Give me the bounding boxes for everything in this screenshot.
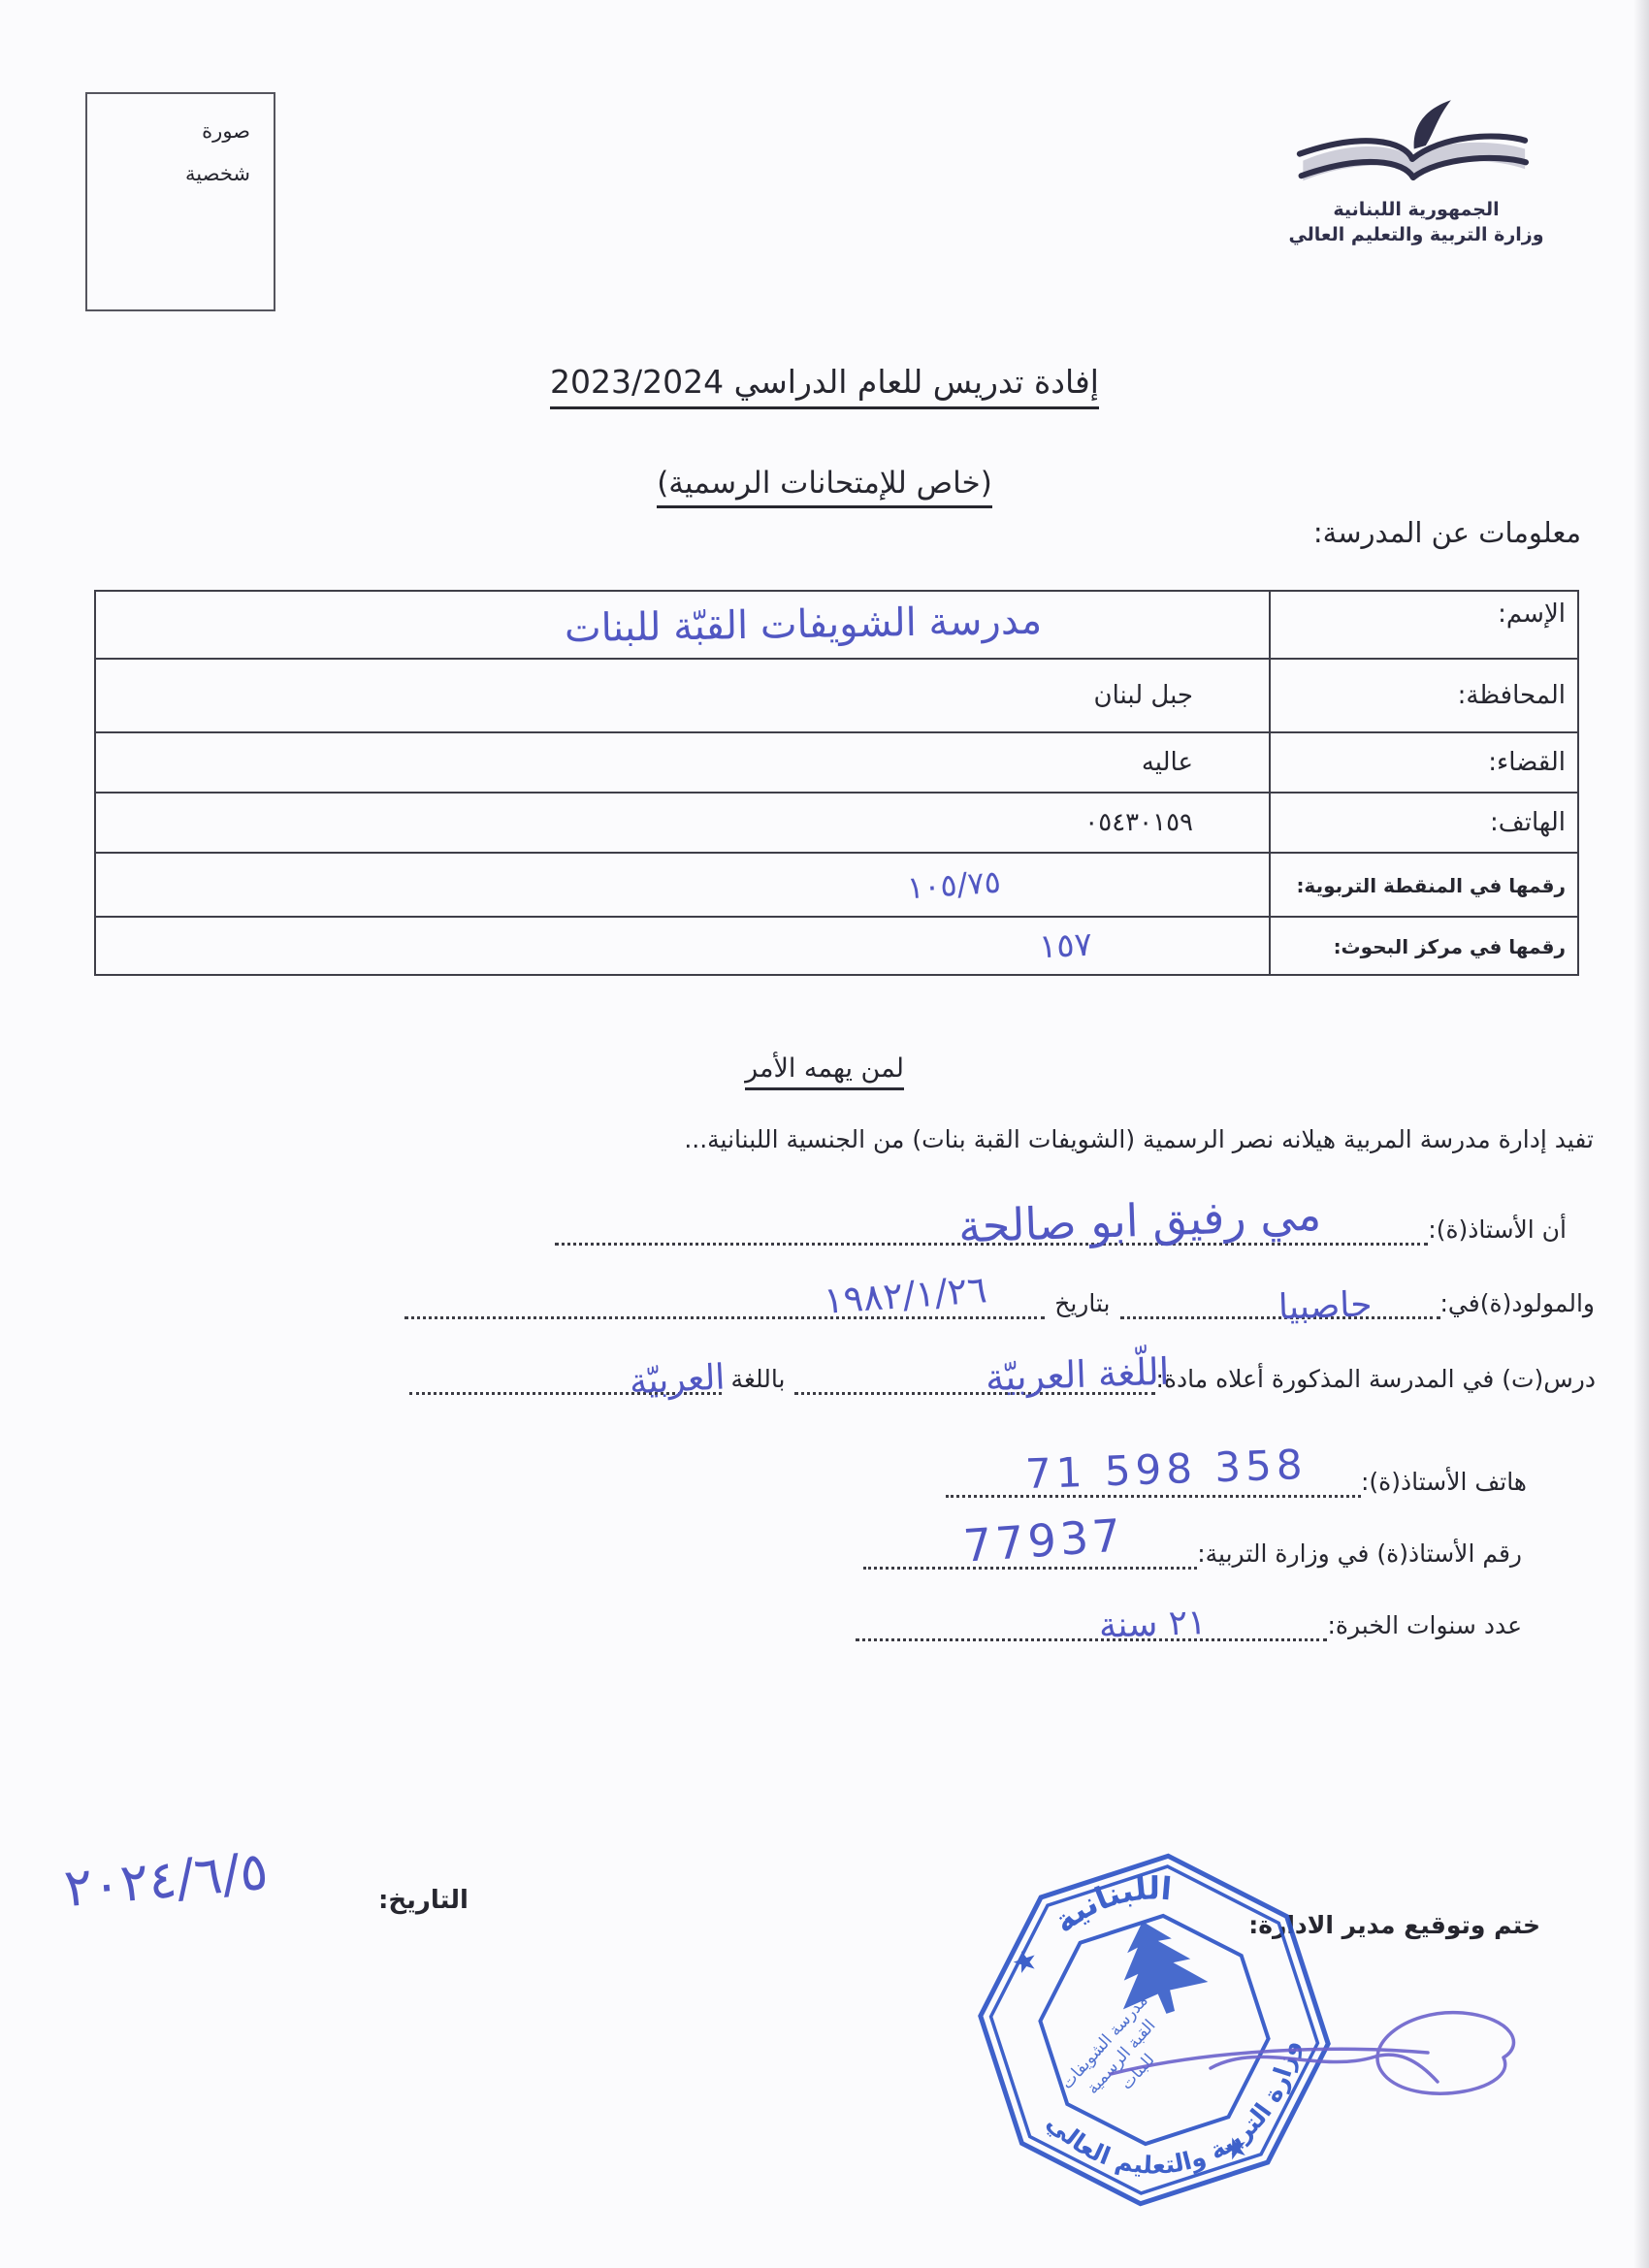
phone-label: الهاتف: xyxy=(1270,793,1578,853)
dotted-fill-line: اللّغة العربيّة xyxy=(794,1361,1155,1395)
ministry-id-label: رقم الأستاذ(ة) في وزارة التربية: xyxy=(1197,1539,1522,1570)
dotted-fill-line: ٢١ سنة xyxy=(856,1607,1327,1641)
district-value: عاليه xyxy=(95,732,1270,793)
date-handwriting: ٢٠٢٤/٦/٥ xyxy=(62,1840,271,1919)
phone-number: ٠٥٤٣٠١٥٩ xyxy=(1084,808,1193,837)
educational-zone-number-value: ١٠٥/٧٥ xyxy=(95,853,1270,917)
personal-photo-box: صورة شخصية xyxy=(85,92,275,311)
phone-value: ٠٥٤٣٠١٥٩ xyxy=(95,793,1270,853)
experience-label: عدد سنوات الخبرة: xyxy=(1327,1611,1522,1641)
research-center-number-label: رقمها في مركز البحوث: xyxy=(1334,935,1566,958)
language-handwriting: العربيّة xyxy=(629,1357,726,1402)
teacher-phone-line: هاتف الأستاذ(ة): 71 598 358 xyxy=(946,1455,1527,1498)
teacher-name-handwriting: مي رفيق ابو صالحة xyxy=(957,1187,1322,1252)
birth-place-handwriting: حاصبيا xyxy=(1277,1284,1373,1327)
research-number-handwriting: ١٥٧ xyxy=(1038,925,1093,967)
research-center-number-value: ١٥٧ xyxy=(95,917,1270,975)
birth-line: والمولود(ة)في: حاصبيا بتاريخ ١٩٨٢/١/٢٦ xyxy=(404,1277,1595,1319)
dotted-fill-line: 71 598 358 xyxy=(946,1464,1361,1498)
district-label: القضاء: xyxy=(1270,732,1578,793)
in-language-label: باللغة xyxy=(731,1365,786,1395)
scan-edge-shadow xyxy=(1633,0,1649,2268)
table-row: الإسم: مدرسة الشويفات القبّة للبنات xyxy=(95,591,1578,659)
governorate-value: جبل لبنان xyxy=(95,659,1270,732)
school-info-heading: معلومات عن المدرسة: xyxy=(1313,516,1581,549)
director-signature xyxy=(1096,1965,1533,2121)
teacher-phone-handwriting: 71 598 358 xyxy=(1025,1441,1309,1498)
teacher-phone-label: هاتف الأستاذ(ة): xyxy=(1361,1468,1527,1498)
document-subtitle: (خاص للإمتحانات الرسمية) xyxy=(657,466,992,508)
scanned-teaching-certificate: صورة شخصية الجمهورية اللبنانية وزارة الت… xyxy=(0,0,1649,2268)
photo-box-line2: شخصية xyxy=(87,152,250,195)
dotted-fill-line: ١٩٨٢/١/٢٦ xyxy=(404,1285,1045,1319)
subject-line: درس(ت) في المدرسة المذكورة أعلاه مادة: ا… xyxy=(409,1352,1596,1395)
dotted-fill-line: حاصبيا xyxy=(1120,1285,1440,1319)
born-in-label: والمولود(ة)في: xyxy=(1440,1289,1596,1319)
school-name-label: الإسم: xyxy=(1270,591,1578,659)
dotted-fill-line: 77937 xyxy=(863,1536,1197,1570)
ministry-id-line: رقم الأستاذ(ة) في وزارة التربية: 77937 xyxy=(863,1527,1522,1570)
dotted-fill-line: مي رفيق ابو صالحة xyxy=(555,1212,1428,1246)
photo-box-line1: صورة xyxy=(87,110,250,152)
school-name-value: مدرسة الشويفات القبّة للبنات xyxy=(95,591,1270,659)
on-date-label: بتاريخ xyxy=(1054,1289,1110,1319)
ministry-id-handwriting: 77937 xyxy=(961,1508,1126,1571)
table-row: الهاتف: ٠٥٤٣٠١٥٩ xyxy=(95,793,1578,853)
experience-line: عدد سنوات الخبرة: ٢١ سنة xyxy=(856,1599,1522,1641)
ministry-open-book-logo-icon xyxy=(1282,95,1542,196)
zone-number-handwriting: ١٠٥/٧٥ xyxy=(906,863,1002,907)
table-row: رقمها في المنقطة التربوية: ١٠٥/٧٥ xyxy=(95,853,1578,917)
table-row: رقمها في مركز البحوث: ١٥٧ xyxy=(95,917,1578,975)
birth-date-handwriting: ١٩٨٢/١/٢٦ xyxy=(822,1268,987,1322)
school-name-handwriting: مدرسة الشويفات القبّة للبنات xyxy=(565,599,1043,652)
governorate-label: المحافظة: xyxy=(1270,659,1578,732)
taught-subject-label: درس(ت) في المدرسة المذكورة أعلاه مادة: xyxy=(1155,1365,1596,1395)
experience-handwriting: ٢١ سنة xyxy=(1098,1603,1207,1646)
school-info-table: الإسم: مدرسة الشويفات القبّة للبنات المح… xyxy=(94,590,1579,976)
teacher-name-line: أن الأستاذ(ة): مي رفيق ابو صالحة xyxy=(555,1203,1567,1246)
table-row: القضاء: عاليه xyxy=(95,732,1578,793)
document-title: إفادة تدريس للعام الدراسي 2023/2024 xyxy=(550,363,1099,409)
educational-zone-number-label: رقمها في المنقطة التربوية: xyxy=(1296,874,1566,897)
letter-intro-paragraph: تفيد إدارة مدرسة المربية هيلانه نصر الرس… xyxy=(684,1125,1594,1153)
ministry-name-republic: الجمهورية اللبنانية xyxy=(1271,199,1562,220)
subject-handwriting: اللّغة العربيّة xyxy=(985,1350,1170,1400)
ministry-name-education: وزارة التربية والتعليم العالي xyxy=(1271,224,1562,245)
teacher-name-label: أن الأستاذ(ة): xyxy=(1428,1215,1567,1246)
to-whom-heading: لمن يهمه الأمر xyxy=(745,1053,904,1090)
dotted-fill-line: العربيّة xyxy=(409,1361,722,1395)
table-row: المحافظة: جبل لبنان xyxy=(95,659,1578,732)
date-label: التاريخ: xyxy=(378,1886,469,1915)
